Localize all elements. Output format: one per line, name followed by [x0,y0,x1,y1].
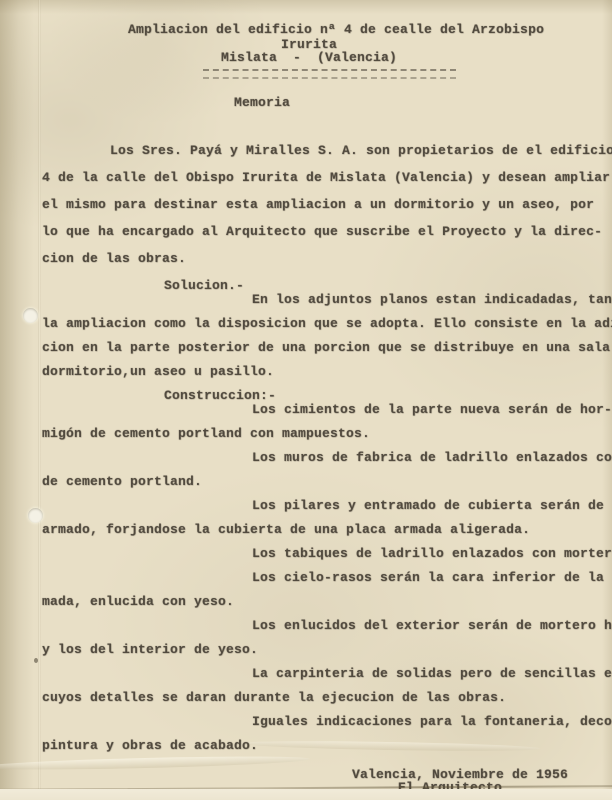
text-line: Solucion.- [0,278,612,292]
text-line: pintura y obras de acabado. [0,738,612,762]
scanned-document: Ampliacion del edificio nª 4 de cealle d… [0,0,612,800]
text-line: cion de las obras. [0,251,612,278]
paper-sheet: Ampliacion del edificio nª 4 de cealle d… [0,0,612,800]
text-line: lo que ha encargado al Arquitecto que su… [0,224,612,251]
text-line: la ampliacion como la disposicion que se… [0,316,612,340]
text-line: armado, forjandose la cubierta de una pl… [0,522,612,546]
text-line: La carpinteria de solidas pero de sencil… [0,666,612,690]
text-line: cuyos detalles se daran durante la ejecu… [0,690,612,714]
text-line: dormitorio,un aseo u pasillo. [0,364,612,388]
text-line: de cemento portland. [0,474,612,498]
title-underline [203,69,456,79]
text-line: Los cimientos de la parte nueva serán de… [0,402,612,426]
text-line: Los pilares y entramado de cubierta será… [0,498,612,522]
text-line: Los tabiques de ladrillo enlazados con m… [0,546,612,570]
paper-top-edge-shadow [0,0,612,14]
text-line: el mismo para destinar esta ampliacion a… [0,197,612,224]
text-line: Los muros de fabrica de ladrillo enlazad… [0,450,612,474]
text-line: En los adjuntos planos estan indicadadas… [0,292,612,316]
text-line: cion en la parte posterior de una porcio… [0,340,612,364]
text-line: mada, enlucida con yeso. [0,594,612,618]
text-line: Construccion:- [0,388,612,402]
document-title-line1: Ampliacion del edificio nª 4 de cealle d… [128,22,544,37]
text-line: Iguales indicaciones para la fontaneria,… [0,714,612,738]
section-heading-memoria: Memoria [234,95,290,110]
text-line: 4 de la calle del Obispo Irurita de Misl… [0,170,612,197]
paper-bottom-fold-strip [0,789,612,800]
text-line: migón de cemento portland con mampuestos… [0,426,612,450]
document-title-line3: Mislata - (Valencia) [221,50,397,65]
document-body: Los Sres. Payá y Miralles S. A. son prop… [0,143,612,762]
text-line: y los del interior de yeso. [0,642,612,666]
text-line: Los cielo-rasos serán la cara inferior d… [0,570,612,594]
text-line: Los Sres. Payá y Miralles S. A. son prop… [0,143,612,170]
text-line: Los enlucidos del exterior serán de mort… [0,618,612,642]
